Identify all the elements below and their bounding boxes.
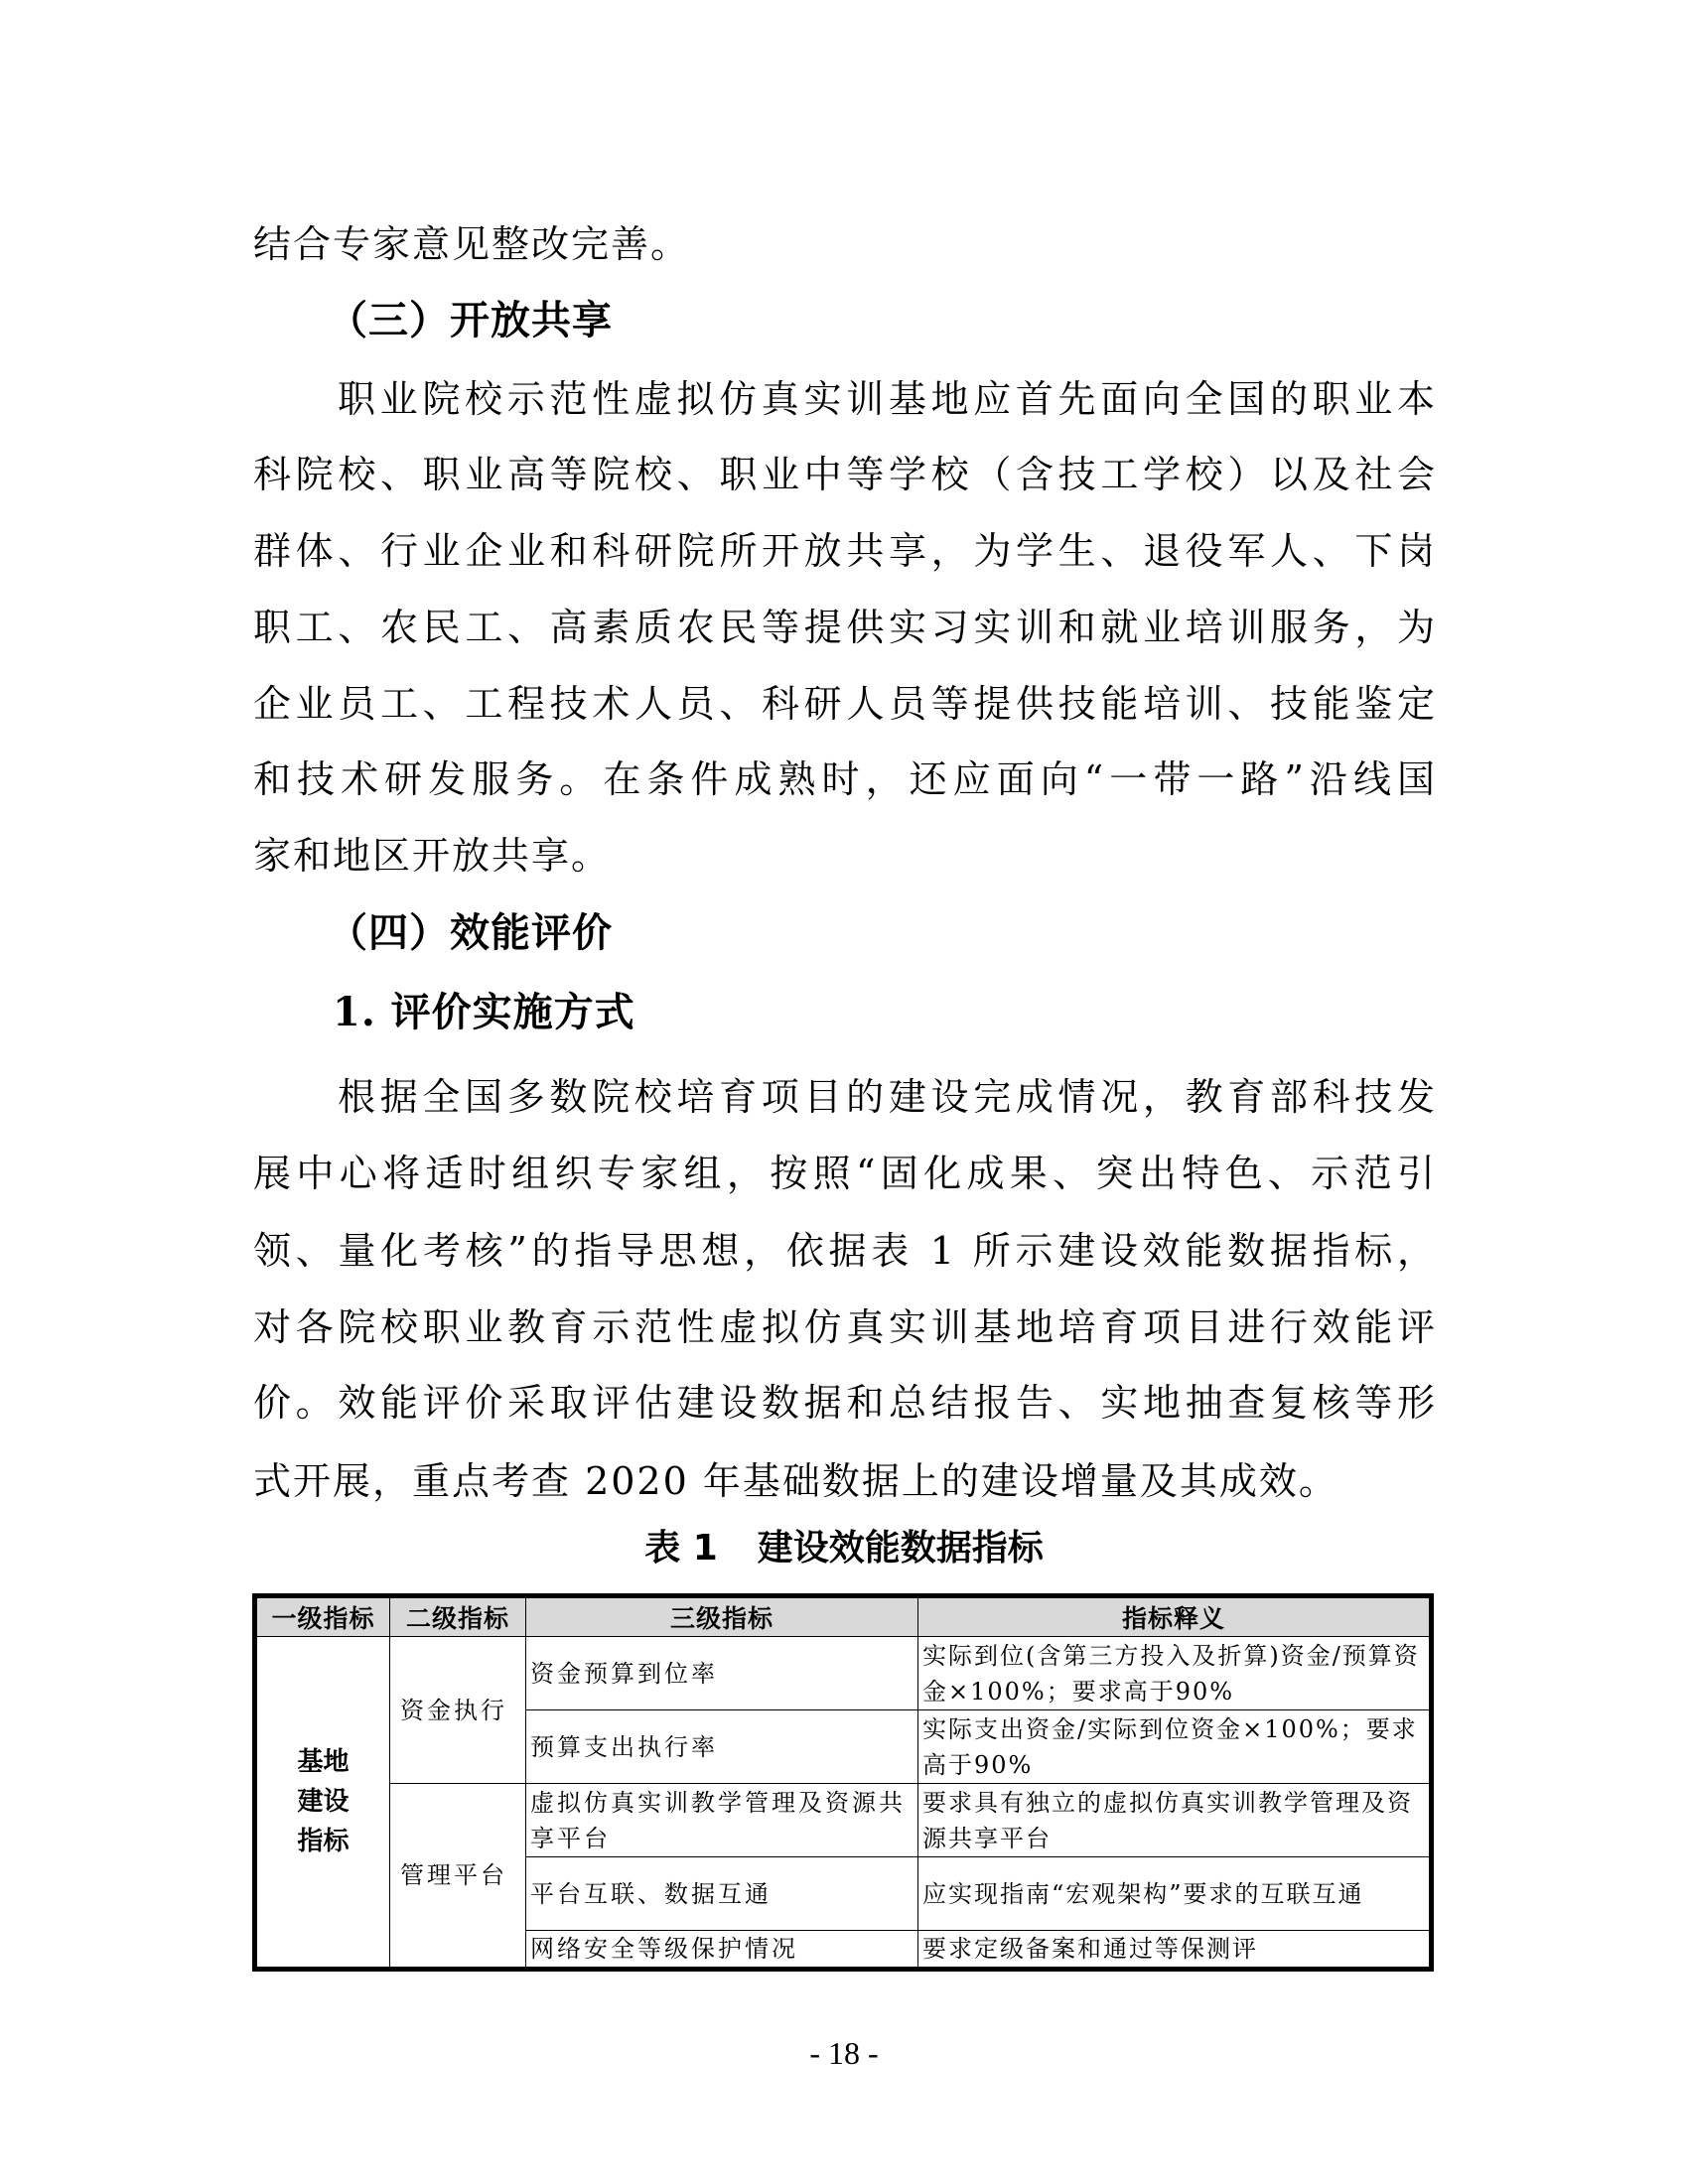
paragraph-line: 领、量化考核”的指导思想，依据表 1 所示建设效能数据指标， — [253, 1221, 1437, 1281]
level3-cell: 预算支出执行率 — [526, 1710, 918, 1784]
paragraph-line: 式开展，重点考查 2020 年基础数据上的建设增量及其成效。 — [253, 1451, 1437, 1511]
subsection-heading-evaluation-method: 1. 评价实施方式 — [333, 983, 635, 1042]
column-header-description: 指标释义 — [918, 1596, 1432, 1637]
table-row: 基地 建设 指标 资金执行 资金预算到位率 实际到位(含第三方投入及折算)资金/… — [255, 1637, 1432, 1710]
table-header-row: 一级指标 二级指标 三级指标 指标释义 — [255, 1596, 1432, 1637]
column-header-level2: 二级指标 — [390, 1596, 526, 1637]
description-cell: 要求定级备案和通过等保测评 — [918, 1931, 1432, 1970]
table-caption-title: 建设效能数据指标 — [758, 1528, 1044, 1569]
level3-cell: 平台互联、数据互通 — [526, 1857, 918, 1931]
level1-line: 基地 — [263, 1742, 383, 1782]
description-cell: 应实现指南“宏观架构”要求的互联互通 — [918, 1857, 1432, 1931]
table-caption: 表 1建设效能数据指标 — [596, 1524, 1092, 1573]
paragraph-line: 家和地区开放共享。 — [253, 826, 1437, 886]
section-heading-effectiveness-evaluation: （四）效能评价 — [328, 903, 613, 963]
level2-cell: 管理平台 — [390, 1784, 526, 1970]
page-number: - 18 - — [745, 2033, 943, 2073]
paragraph-line: 企业员工、工程技术人员、科研人员等提供技能培训、技能鉴定 — [253, 674, 1437, 734]
paragraph-line: 职工、农民工、高素质农民等提供实习实训和就业培训服务，为 — [253, 598, 1437, 657]
table-caption-number: 表 1 — [644, 1528, 718, 1569]
level1-line: 指标 — [263, 1822, 383, 1861]
level1-line: 建设 — [263, 1782, 383, 1822]
level3-cell: 资金预算到位率 — [526, 1637, 918, 1710]
paragraph-line: 对各院校职业教育示范性虚拟仿真实训基地培育项目进行效能评 — [253, 1297, 1437, 1357]
level2-cell: 资金执行 — [390, 1637, 526, 1784]
paragraph-line: 展中心将适时组织专家组，按照“固化成果、突出特色、示范引 — [253, 1144, 1437, 1203]
paragraph-line: 职业院校示范性虚拟仿真实训基地应首先面向全国的职业本 — [338, 369, 1437, 429]
description-cell: 实际支出资金/实际到位资金×100%；要求高于90% — [918, 1710, 1432, 1784]
paragraph-line: 根据全国多数院校培育项目的建设完成情况，教育部科技发 — [338, 1067, 1437, 1127]
paragraph-line: 结合专家意见整改完善。 — [253, 214, 1437, 274]
paragraph-line: 群体、行业企业和科研院所开放共享，为学生、退役军人、下岗 — [253, 521, 1437, 581]
level3-cell: 网络安全等级保护情况 — [526, 1931, 918, 1970]
paragraph-line: 价。效能评价采取评估建设数据和总结报告、实地抽查复核等形 — [253, 1373, 1437, 1433]
column-header-level1: 一级指标 — [255, 1596, 390, 1637]
level3-cell: 虚拟仿真实训教学管理及资源共享平台 — [526, 1784, 918, 1857]
paragraph-line: 和技术研发服务。在条件成熟时，还应面向“一带一路”沿线国 — [253, 750, 1437, 809]
document-page: 结合专家意见整改完善。 （三）开放共享 职业院校示范性虚拟仿真实训基地应首先面向… — [0, 0, 1688, 2184]
section-heading-open-sharing: （三）开放共享 — [328, 291, 613, 350]
description-cell: 要求具有独立的虚拟仿真实训教学管理及资源共享平台 — [918, 1784, 1432, 1857]
level1-cell: 基地 建设 指标 — [255, 1637, 390, 1970]
column-header-level3: 三级指标 — [526, 1596, 918, 1637]
paragraph-line: 科院校、职业高等院校、职业中等学校（含技工学校）以及社会 — [253, 445, 1437, 504]
table-row: 管理平台 虚拟仿真实训教学管理及资源共享平台 要求具有独立的虚拟仿真实训教学管理… — [255, 1784, 1432, 1857]
indicator-table: 一级指标 二级指标 三级指标 指标释义 基地 建设 指标 资金执行 资金预算到位… — [252, 1593, 1434, 1972]
description-cell: 实际到位(含第三方投入及折算)资金/预算资金×100%；要求高于90% — [918, 1637, 1432, 1710]
